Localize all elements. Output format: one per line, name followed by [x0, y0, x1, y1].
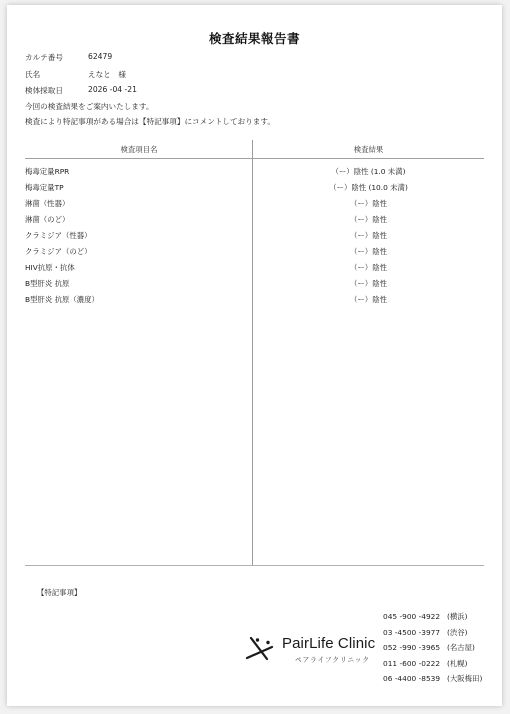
test-result: （ー）陰性: [253, 231, 484, 241]
phone-number: 06 -4400 -8539: [383, 674, 447, 684]
phone-location: (札幌): [447, 659, 468, 669]
phone-entry: 011 -600 -0222(札幌): [383, 659, 482, 675]
clinic-name-kana: ペアライフクリニック: [295, 654, 370, 664]
test-result: （ー）陰性: [253, 247, 484, 257]
table-row: クラミジア（性器） （ー）陰性: [25, 231, 484, 247]
table-row: B型肝炎 抗原 （ー）陰性: [25, 279, 484, 295]
intro-line-2: 検査により特記事項がある場合は【特記事項】にコメントしております。: [25, 114, 275, 129]
phone-location: (横浜): [447, 612, 468, 622]
table-row: 梅毒定量TP （ー）陰性 (10.0 未満): [25, 183, 484, 199]
table-row: 淋菌（性器） （ー）陰性: [25, 199, 484, 215]
test-result: （ー）陰性: [253, 199, 484, 209]
header-test-name: 検査項目名: [25, 144, 253, 155]
page-title: 検査結果報告書: [7, 29, 502, 47]
test-result: （ー）陰性: [253, 279, 484, 289]
results-table: 検査項目名 検査結果 梅毒定量RPR （ー）陰性 (1.0 未満) 梅毒定量TP…: [25, 140, 484, 566]
chart-number-label: カルテ番号: [25, 52, 63, 63]
test-name: 梅毒定量RPR: [25, 167, 69, 177]
clinic-phone-list: 045 -900 -4922(横浜) 03 -4500 -3977(渋谷) 05…: [383, 612, 482, 690]
chart-number-value: 62479: [88, 52, 112, 61]
phone-entry: 06 -4400 -8539(大阪梅田): [383, 674, 482, 690]
table-bottom-rule: [25, 565, 484, 566]
pairlife-figure-icon: [245, 632, 277, 664]
patient-name-value: えなと 様: [88, 69, 126, 80]
test-name: クラミジア（のど）: [25, 247, 92, 257]
phone-entry: 045 -900 -4922(横浜): [383, 612, 482, 628]
header-test-result: 検査結果: [253, 144, 484, 155]
table-row: B型肝炎 抗原（濃度） （ー）陰性: [25, 295, 484, 311]
test-name: B型肝炎 抗原: [25, 279, 69, 289]
test-name: 淋菌（のど）: [25, 215, 69, 225]
table-row: 淋菌（のど） （ー）陰性: [25, 215, 484, 231]
phone-number: 011 -600 -0222: [383, 659, 447, 669]
phone-location: (大阪梅田): [447, 674, 482, 684]
test-result: （ー）陰性: [253, 215, 484, 225]
intro-line-1: 今回の検査結果をご案内いたします。: [25, 99, 275, 114]
collection-date-label: 検体採取日: [25, 85, 63, 96]
test-result: （ー）陰性: [253, 263, 484, 273]
phone-number: 03 -4500 -3977: [383, 628, 447, 638]
phone-location: (名古屋): [447, 643, 475, 653]
intro-text: 今回の検査結果をご案内いたします。 検査により特記事項がある場合は【特記事項】に…: [25, 99, 275, 129]
test-name: クラミジア（性器）: [25, 231, 92, 241]
report-sheet: 検査結果報告書 カルテ番号 62479 氏名 えなと 様 検体採取日 2026 …: [7, 5, 502, 706]
patient-name-label: 氏名: [25, 69, 40, 80]
phone-entry: 03 -4500 -3977(渋谷): [383, 628, 482, 644]
test-name: HIV抗原・抗体: [25, 263, 75, 273]
special-notes-label: 【特記事項】: [37, 587, 81, 598]
test-name: B型肝炎 抗原（濃度）: [25, 295, 99, 305]
test-result: （ー）陰性 (1.0 未満): [253, 167, 484, 177]
test-result: （ー）陰性 (10.0 未満): [253, 183, 484, 193]
collection-date-value: 2026 -04 -21: [88, 85, 137, 94]
header-rule: [25, 158, 484, 159]
clinic-name: PairLife Clinic: [282, 635, 375, 652]
test-name: 淋菌（性器）: [25, 199, 69, 209]
phone-location: (渋谷): [447, 628, 468, 638]
table-row: クラミジア（のど） （ー）陰性: [25, 247, 484, 263]
test-result: （ー）陰性: [253, 295, 484, 305]
clinic-logo: PairLife Clinic ペアライフクリニック: [245, 629, 385, 669]
phone-number: 052 -990 -3965: [383, 643, 447, 653]
test-name: 梅毒定量TP: [25, 183, 64, 193]
table-row: HIV抗原・抗体 （ー）陰性: [25, 263, 484, 279]
phone-number: 045 -900 -4922: [383, 612, 447, 622]
results-rows: 梅毒定量RPR （ー）陰性 (1.0 未満) 梅毒定量TP （ー）陰性 (10.…: [25, 167, 484, 311]
phone-entry: 052 -990 -3965(名古屋): [383, 643, 482, 659]
table-row: 梅毒定量RPR （ー）陰性 (1.0 未満): [25, 167, 484, 183]
